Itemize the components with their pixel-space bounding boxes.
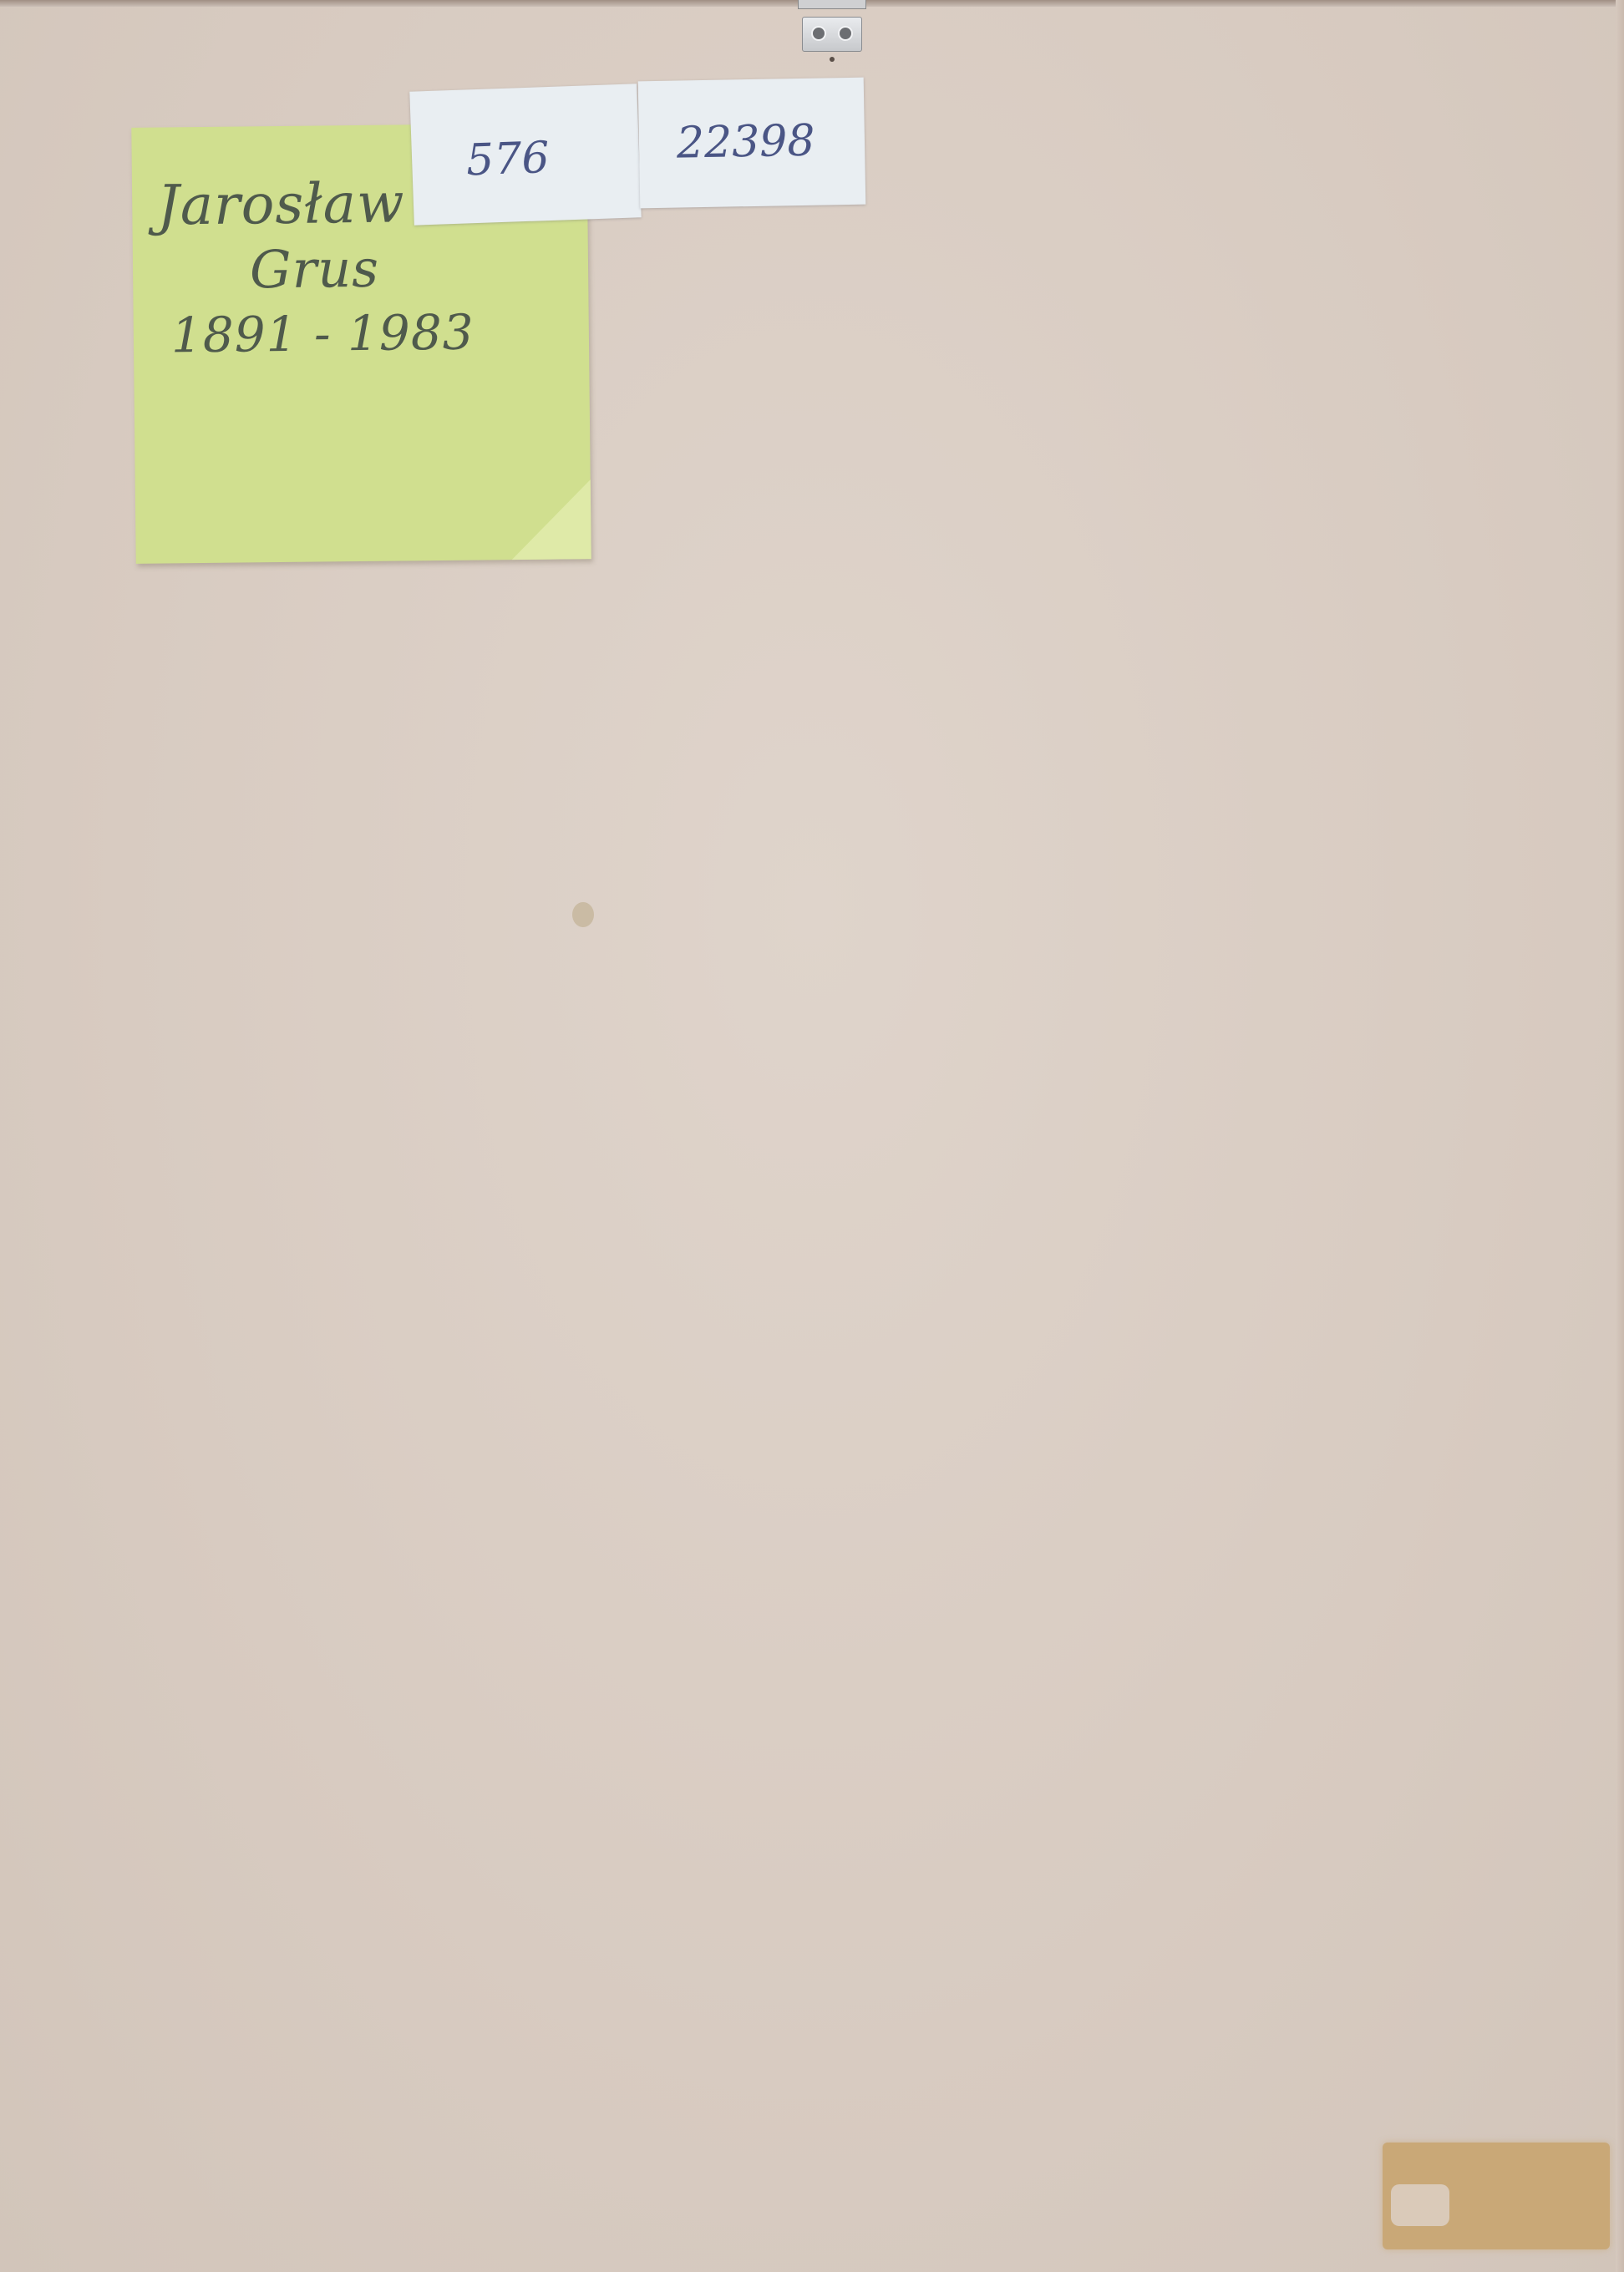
rivet-icon [838, 26, 853, 41]
sticky-note-line-dates: 1891 - 1983 [171, 304, 475, 364]
label-inventory-text: 576 [465, 133, 550, 185]
label-catalog-text: 22398 [676, 116, 815, 169]
tape-residue [1383, 2143, 1610, 2249]
stain-spot [572, 902, 594, 927]
rivet-icon [811, 26, 826, 41]
nail-hole-icon [830, 57, 835, 62]
tape-worn-patch [1391, 2184, 1449, 2226]
sticky-note-line-surname: Grus [250, 238, 380, 301]
hanger-plate [802, 17, 862, 52]
hanger-top-bracket [798, 0, 866, 9]
sticky-note-line-name: Jarosław [157, 170, 405, 237]
label-catalog: 22398 [638, 78, 866, 209]
hanger-icon [798, 0, 865, 50]
frame-right-edge [1616, 0, 1624, 2272]
label-inventory: 576 [409, 84, 641, 225]
